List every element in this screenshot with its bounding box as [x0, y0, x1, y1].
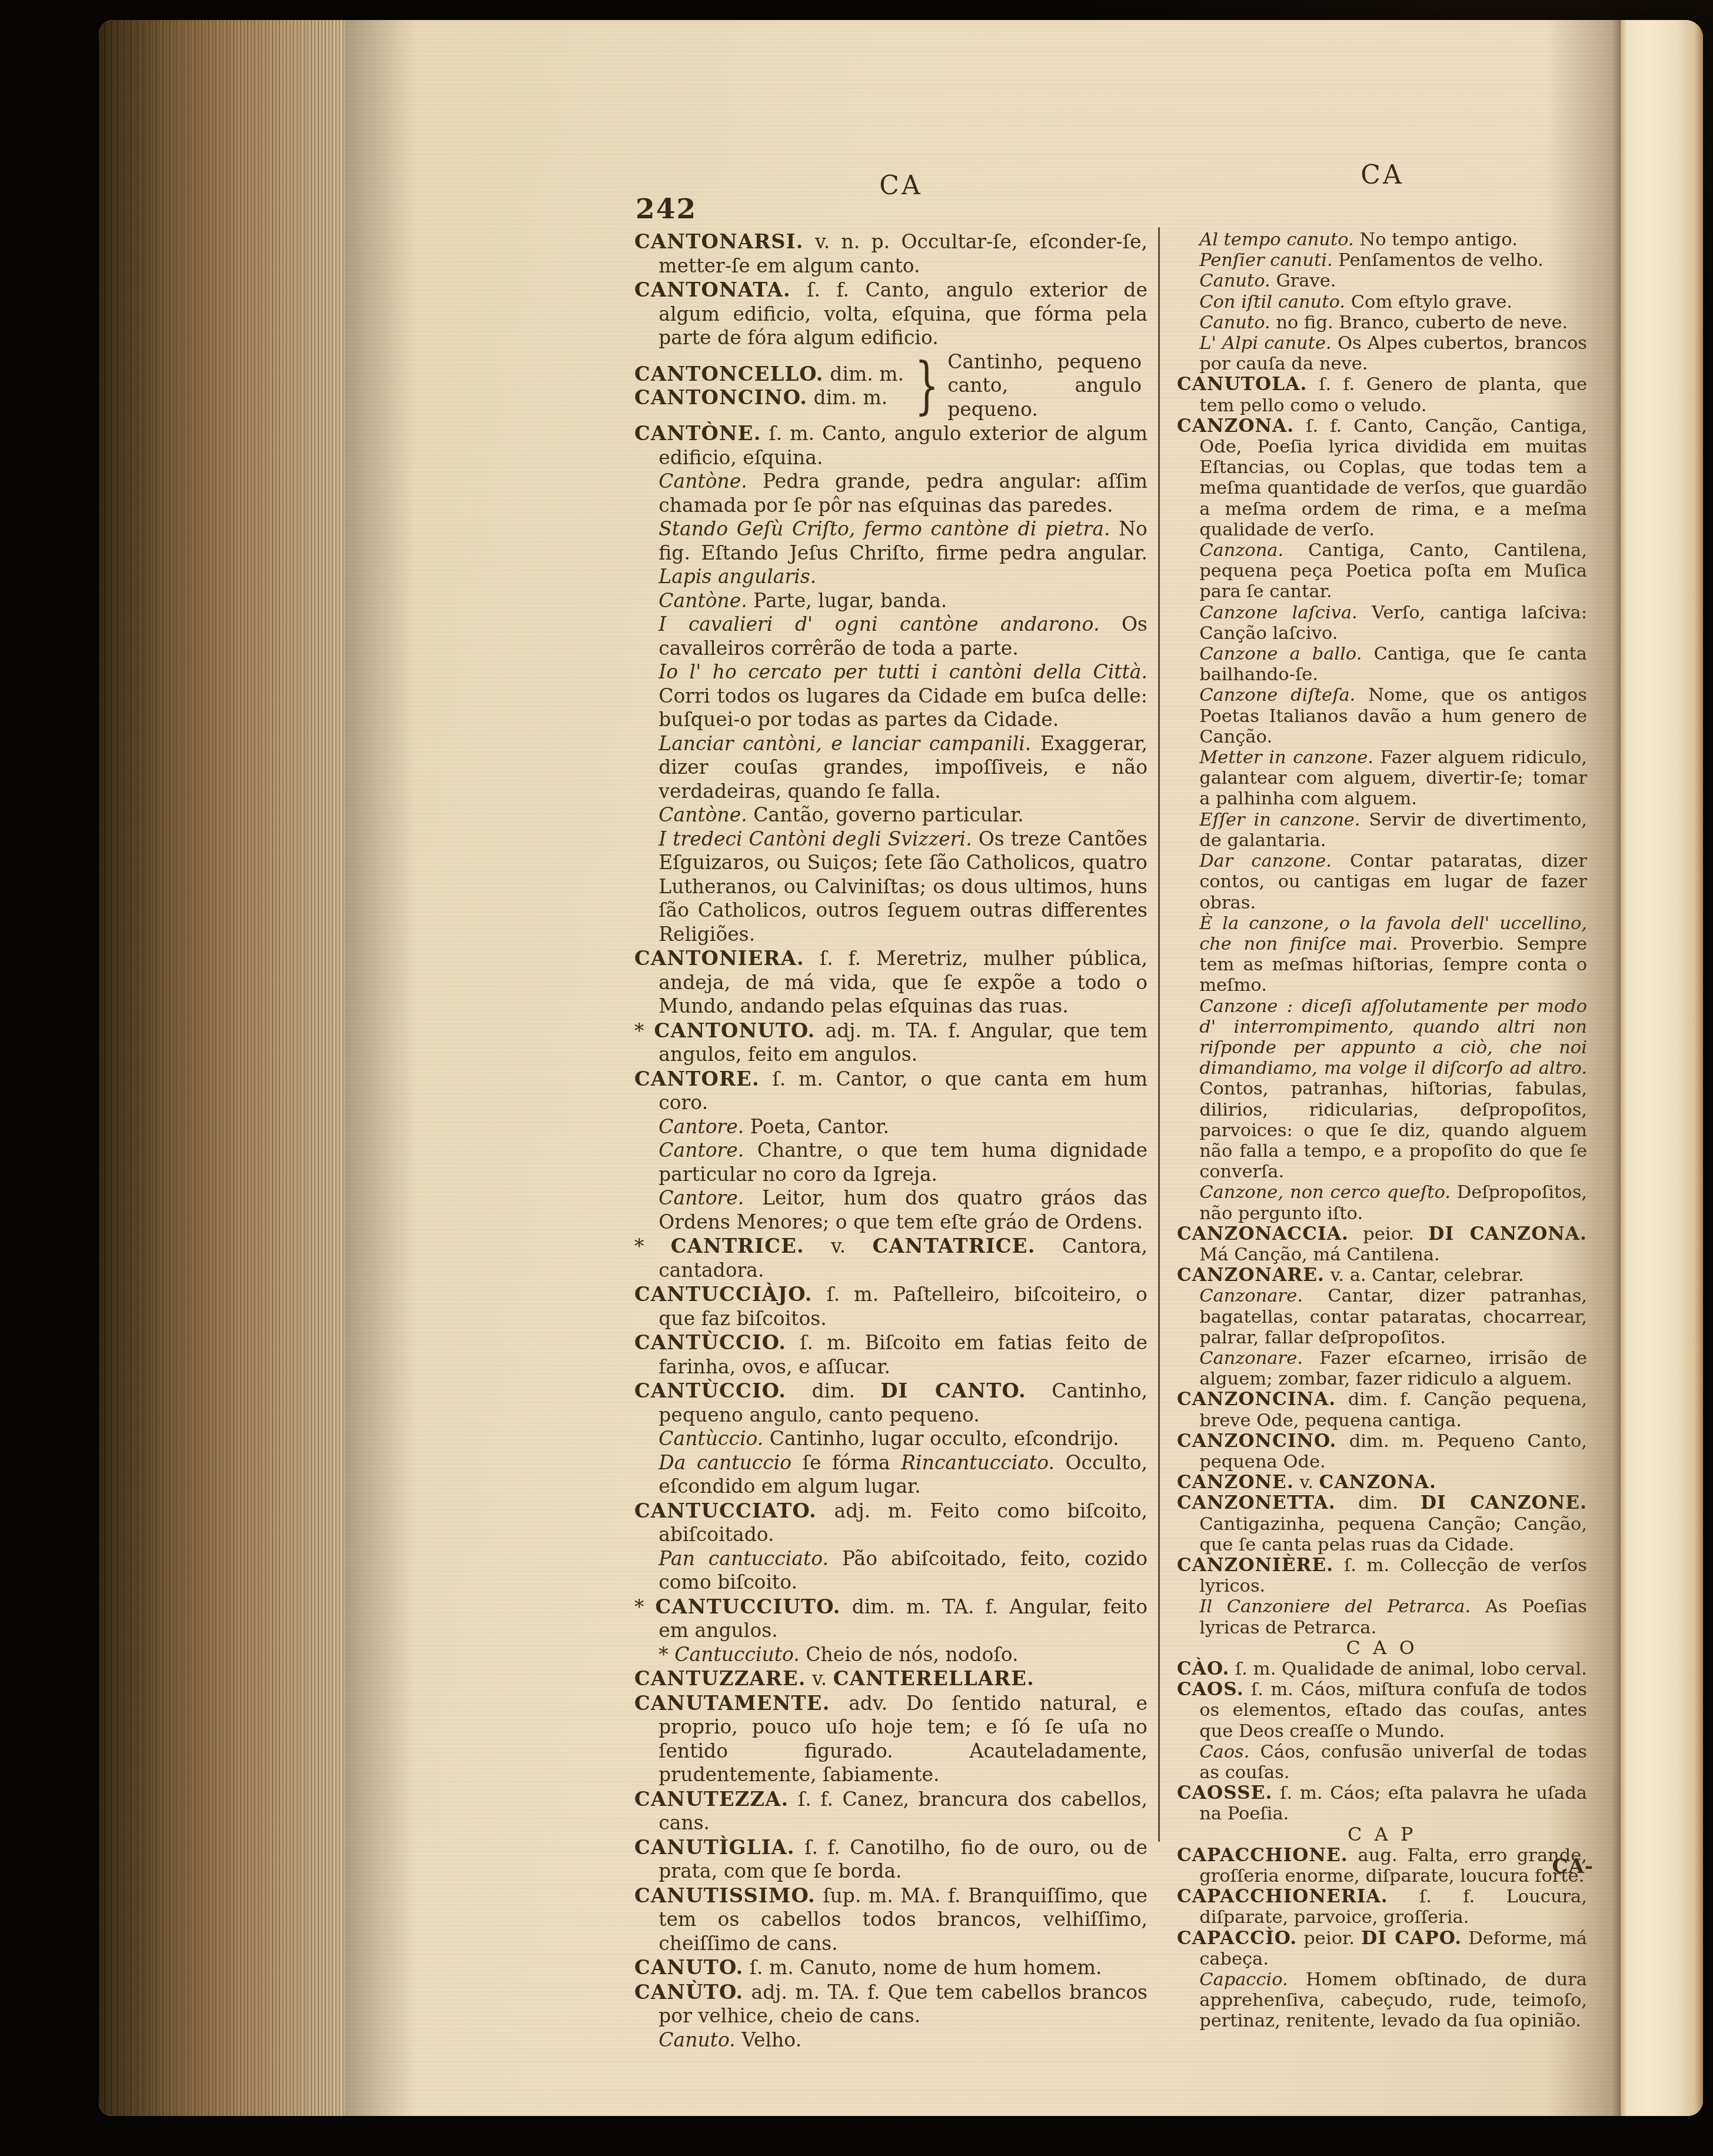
- dictionary-entry: CANTÙCCIO. dim. DI CANTO. Cantinho, pequ…: [634, 1379, 1147, 1427]
- italic-phrase: Eſſer in canzone.: [1199, 810, 1360, 830]
- gloss-line: Da cantuccio ſe fórma Rincantucciato. Oc…: [634, 1451, 1147, 1499]
- headword: CANTRICE.: [671, 1234, 804, 1257]
- headword: DI CANZONE.: [1421, 1492, 1587, 1513]
- dictionary-entry: CAOSSE. ſ. m. Cáos; eſta palavra he uſad…: [1177, 1783, 1587, 1824]
- text-run: dim.: [1336, 1493, 1421, 1513]
- headword: CANTONCELLO.: [634, 362, 824, 385]
- text-run: *: [658, 1643, 674, 1666]
- headword: CANZONACCIA.: [1177, 1223, 1349, 1245]
- italic-phrase: Canzone laſciva.: [1199, 603, 1358, 623]
- section-heading: C A P: [1177, 1825, 1587, 1845]
- headword: CANUTEZZA.: [634, 1787, 789, 1811]
- text-run: ſ. m. Cáos, miſtura confuſa de todos os …: [1199, 1679, 1587, 1741]
- headword: CANZONARE.: [1177, 1265, 1325, 1286]
- gloss-line: L' Alpi canute. Os Alpes cubertos, branc…: [1177, 333, 1587, 374]
- dictionary-entry: CANUTAMENTE. adv. Do ſentido natural, e …: [634, 1691, 1147, 1787]
- headword: CANTUZZARE.: [634, 1666, 806, 1690]
- catchword: CA-: [1505, 1855, 1594, 1878]
- text-run: ſe fórma: [791, 1451, 901, 1474]
- italic-phrase: Canzona.: [1199, 540, 1283, 561]
- dictionary-entry: CANZONARE. v. a. Cantar, celebrar.: [1177, 1265, 1587, 1286]
- gloss-line: Canzone a ballo. Cantiga, que ſe canta b…: [1177, 644, 1587, 685]
- brace-headword-line: CANTONCELLO. dim. m.: [634, 362, 904, 386]
- headword: CAOSSE.: [1177, 1782, 1272, 1804]
- italic-phrase: Il Canzoniere del Petrarca.: [1199, 1596, 1471, 1617]
- gloss-line: Penſier canuti. Penſamentos de velho.: [1177, 250, 1587, 271]
- dictionary-entry: CÀO. ſ. m. Qualidade de animal, lobo cer…: [1177, 1659, 1587, 1679]
- text-run: Cantigazinha, pequena Canção; Canção, qu…: [1199, 1514, 1587, 1555]
- gloss-line: Caos. Cáos, confusão univerſal de todas …: [1177, 1742, 1587, 1783]
- headword: DI CANZONA.: [1428, 1223, 1587, 1245]
- gloss-line: Canuto. Velho.: [634, 2028, 1147, 2052]
- headword: CAPACCHIONE.: [1177, 1845, 1348, 1866]
- text-run: Poeta, Cantor.: [744, 1115, 889, 1138]
- text-run: dim.: [786, 1379, 880, 1402]
- italic-phrase: Canzonare.: [1199, 1348, 1303, 1369]
- dictionary-entry: CANUTISSIMO. ſup. m. MA. f. Branquiſſimo…: [634, 1884, 1147, 1956]
- gloss-line: I cavalieri d' ogni cantòne andarono. Os…: [634, 613, 1147, 660]
- gloss-line: Cantore. Poeta, Cantor.: [634, 1115, 1147, 1139]
- text-run: C A P: [1348, 1824, 1416, 1845]
- text-run: Cheio de nós, nodoſo.: [800, 1643, 1019, 1666]
- text-run: Grave.: [1270, 271, 1336, 291]
- gloss-line: Io l' ho cercato per tutti i cantòni del…: [634, 660, 1147, 732]
- brace-headword-line: CANTONCINO. dim. m.: [634, 385, 904, 410]
- gloss-line: Stando Geſù Criſto, fermo cantòne di pie…: [634, 517, 1147, 589]
- text-run: Cantão, governo particular.: [747, 803, 1024, 826]
- text-run: *: [634, 1019, 654, 1042]
- gloss-line: Canzonare. Cantar, dizer patranhas, baga…: [1177, 1286, 1587, 1348]
- italic-phrase: Con iſtil canuto.: [1199, 292, 1345, 312]
- gloss-line: Canuto. no fig. Branco, cuberto de neve.: [1177, 312, 1587, 333]
- right-text-column: Al tempo canuto. No tempo antigo.Penſier…: [1177, 229, 1587, 2032]
- gloss-line: Lanciar cantòni, e lanciar campanili. Ex…: [634, 732, 1147, 804]
- gloss-line: Canzona. Cantiga, Canto, Cantilena, pequ…: [1177, 540, 1587, 603]
- brace-definition: Cantinho, pequeno canto, angulo pequeno.: [947, 350, 1142, 422]
- brace-glyph: }: [915, 361, 939, 410]
- italic-phrase: Dar canzone.: [1199, 851, 1332, 871]
- italic-phrase: Penſier canuti.: [1199, 250, 1332, 271]
- headword: CANÙTO.: [634, 1980, 743, 2004]
- text-run: dim. m.: [807, 386, 887, 409]
- gloss-line: * Cantucciuto. Cheio de nós, nodoſo.: [634, 1643, 1147, 1667]
- italic-phrase: Cantùccio.: [658, 1427, 763, 1450]
- gloss-line: I tredeci Cantòni degli Svizzeri. Os tre…: [634, 827, 1147, 947]
- dictionary-entry: CANZONA. ſ. f. Canto, Canção, Cantiga, O…: [1177, 416, 1587, 540]
- book-scan: 242 CA CA CANTONARSI. v. n. p. Occultar-…: [0, 0, 1713, 2156]
- italic-phrase: Pan cantucciato.: [658, 1547, 829, 1570]
- text-run: v. a. Cantar, celebrar.: [1325, 1265, 1524, 1286]
- headword: CÀO.: [1177, 1658, 1229, 1679]
- dictionary-entry: CANTÒNE. ſ. m. Canto, angulo exterior de…: [634, 421, 1147, 470]
- gloss-line: Pan cantucciato. Pão abiſcoitado, feito,…: [634, 1547, 1147, 1595]
- text-run: Cantinho, lugar occulto, eſcondrijo.: [763, 1427, 1119, 1450]
- running-head-right: CA: [1332, 160, 1432, 190]
- headword: CANTUCCIÀJO.: [634, 1282, 813, 1306]
- headword: CANTÙCCIO.: [634, 1330, 786, 1354]
- section-heading: C A O: [1177, 1638, 1587, 1659]
- italic-phrase: I tredeci Cantòni degli Svizzeri.: [658, 827, 972, 850]
- text-run: Corri todos os lugares da Cidade em buſc…: [658, 684, 1147, 731]
- headword: CANUTOLA.: [1177, 374, 1307, 395]
- text-run: Velho.: [736, 2028, 801, 2051]
- italic-phrase: Canzone a ballo.: [1199, 644, 1362, 664]
- gloss-line: Con iſtil canuto. Com eſtylo grave.: [1177, 292, 1587, 312]
- italic-phrase: Capaccio.: [1199, 1969, 1288, 1990]
- dictionary-entry: CANZONE. v. CANZONA.: [1177, 1472, 1587, 1493]
- dictionary-entry: CANUTÌGLIA. ſ. f. Canotilho, fio de ouro…: [634, 1835, 1147, 1884]
- text-run: *: [634, 1595, 656, 1618]
- headword: CANZONCINA.: [1177, 1389, 1336, 1410]
- gloss-line: Canzone laſciva. Verſo, cantiga laſciva:…: [1177, 603, 1587, 644]
- italic-phrase: Canuto.: [1199, 271, 1270, 291]
- gloss-line: Cantòne. Cantão, governo particular.: [634, 803, 1147, 827]
- gloss-line: Canzone diſteſa. Nome, que os antigos Po…: [1177, 685, 1587, 747]
- dictionary-entry: * CANTONUTO. adj. m. TA. f. Angular, que…: [634, 1019, 1147, 1067]
- dictionary-entry: CANUTEZZA. ſ. f. Canez, brancura dos cab…: [634, 1787, 1147, 1835]
- italic-phrase: Canuto.: [1199, 312, 1270, 333]
- gloss-line: Cantòne. Parte, lugar, banda.: [634, 589, 1147, 613]
- headword: CANUTÌGLIA.: [634, 1835, 795, 1859]
- dictionary-entry: CANTUCCIÀJO. ſ. m. Paſtelleiro, biſcoite…: [634, 1282, 1147, 1330]
- dictionary-entry: CANÙTO. adj. m. TA. f. Que tem cabellos …: [634, 1980, 1147, 2028]
- dictionary-entry: CANTONARSI. v. n. p. Occultar-ſe, eſcond…: [634, 229, 1147, 278]
- italic-phrase: Lanciar cantòni, e lanciar campanili.: [658, 732, 1031, 755]
- headword: CAPACCHIONERIA.: [1177, 1886, 1388, 1907]
- headword: CANTONATA.: [634, 278, 791, 301]
- dictionary-entry: CANZONIÈRE. ſ. m. Collecção de verſos ly…: [1177, 1555, 1587, 1596]
- text-run: Parte, lugar, banda.: [747, 589, 947, 612]
- text-run: No tempo antigo.: [1354, 229, 1518, 250]
- dictionary-entry: CANTONATA. ſ. f. Canto, angulo exterior …: [634, 278, 1147, 350]
- gloss-line: Metter in canzone. Fazer alguem ridiculo…: [1177, 747, 1587, 810]
- headword: CANTORE.: [634, 1067, 760, 1090]
- headword: CANUTAMENTE.: [634, 1691, 830, 1715]
- italic-phrase: Cantore.: [658, 1139, 744, 1162]
- headword: CANZONCINO.: [1177, 1430, 1336, 1452]
- text-run: Com eſtylo grave.: [1345, 292, 1512, 312]
- italic-phrase: Caos.: [1199, 1742, 1249, 1762]
- headword: CANTERELLARE.: [833, 1666, 1035, 1690]
- text-run: Penſamentos de velho.: [1333, 250, 1544, 271]
- stacked-page-edges: [99, 20, 345, 2116]
- dictionary-entry: CAPACCHIONERIA. ſ. f. Loucura, diſparate…: [1177, 1886, 1587, 1928]
- headword: CANTONIERA.: [634, 946, 804, 970]
- headword: CANZONA.: [1319, 1472, 1436, 1493]
- headword: CANZONETTA.: [1177, 1492, 1336, 1513]
- gloss-line: Cantore. Chantre, o que tem huma dignida…: [634, 1139, 1147, 1186]
- italic-phrase: Canzone diſteſa.: [1199, 685, 1355, 706]
- headword: DI CANTO.: [880, 1379, 1026, 1402]
- dictionary-entry: CANZONCINO. dim. m. Pequeno Canto, peque…: [1177, 1431, 1587, 1472]
- text-run: v.: [804, 1235, 873, 1257]
- next-page-edge: [1621, 20, 1703, 2116]
- italic-phrase: Rincantucciato.: [901, 1451, 1055, 1474]
- text-run: v.: [806, 1667, 833, 1690]
- italic-phrase: Cantore.: [658, 1186, 744, 1209]
- gloss-line: Canuto. Grave.: [1177, 271, 1587, 291]
- italic-phrase: Cantòne.: [658, 803, 747, 826]
- gloss-line: Cantùccio. Cantinho, lugar occulto, eſco…: [634, 1427, 1147, 1451]
- text-run: v.: [1294, 1472, 1319, 1493]
- left-text-column: CANTONARSI. v. n. p. Occultar-ſe, eſcond…: [634, 229, 1147, 2052]
- gloss-line: Canzone, non cerco queſto. Deſpropoſitos…: [1177, 1182, 1587, 1223]
- dictionary-entry: CAOS. ſ. m. Cáos, miſtura confuſa de tod…: [1177, 1679, 1587, 1742]
- dictionary-entry: CANTÙCCIO. ſ. m. Biſcoito em fatias feit…: [634, 1330, 1147, 1379]
- gutter-shadow: [345, 20, 415, 2116]
- headword: DI CAPO.: [1361, 1928, 1462, 1949]
- gloss-line: Canzonare. Fazer eſcarneo, irrisão de al…: [1177, 1348, 1587, 1389]
- italic-phrase: I cavalieri d' ogni cantòne andarono.: [658, 613, 1099, 636]
- dictionary-entry: CANZONCINA. dim. f. Canção pequena, brev…: [1177, 1389, 1587, 1430]
- italic-phrase: L' Alpi canute.: [1199, 333, 1332, 354]
- headword: CANZONA.: [1177, 415, 1294, 437]
- headword: CAPACCÌO.: [1177, 1928, 1297, 1949]
- dictionary-entry: CANTUCCIATO. adj. m. Feito como biſcoito…: [634, 1499, 1147, 1547]
- headword: CANTÒNE.: [634, 421, 761, 445]
- italic-phrase: Canuto.: [658, 2028, 735, 2051]
- italic-phrase: Canzone : diceſi aſſolutamente per modo …: [1199, 996, 1587, 1079]
- gloss-line: Eſſer in canzone. Servir de divertimento…: [1177, 810, 1587, 851]
- dictionary-entry: * CANTUCCIUTO. dim. m. TA. f. Angular, f…: [634, 1595, 1147, 1643]
- italic-phrase: Cantòne.: [658, 470, 747, 493]
- text-run: ſ. m. Qualidade de animal, lobo cerval.: [1229, 1659, 1586, 1679]
- headword: CANTATRICE.: [873, 1234, 1036, 1257]
- dictionary-entry: CANTUZZARE. v. CANTERELLARE.: [634, 1666, 1147, 1691]
- dictionary-entry: CANZONACCIA. peior. DI CANZONA. Má Cançã…: [1177, 1224, 1587, 1265]
- text-run: Cáos, confusão univerſal de todas as cou…: [1199, 1742, 1587, 1783]
- headword: CANTONCINO.: [634, 385, 807, 409]
- italic-phrase: Io l' ho cercato per tutti i cantòni del…: [658, 660, 1147, 683]
- gloss-line: Capaccio. Homem obſtinado, de dura appre…: [1177, 1969, 1587, 2032]
- dictionary-entry: CANTONIERA. ſ. f. Meretriz, mulher públi…: [634, 946, 1147, 1019]
- brace-entry: CANTONCELLO. dim. m.CANTONCINO. dim. m.}…: [634, 350, 1147, 422]
- running-head-left: CA: [851, 171, 951, 201]
- italic-phrase: Metter in canzone.: [1199, 747, 1373, 768]
- text-run: C A O: [1346, 1638, 1418, 1659]
- italic-phrase: Canzone, non cerco queſto.: [1199, 1182, 1451, 1203]
- headword: CANUTO.: [634, 1955, 743, 1979]
- headword: CANUTISSIMO.: [634, 1884, 816, 1907]
- headword: CAOS.: [1177, 1679, 1244, 1700]
- text-run: peior.: [1297, 1928, 1361, 1949]
- brace-headwords: CANTONCELLO. dim. m.CANTONCINO. dim. m.: [634, 362, 904, 410]
- headword: CANZONE.: [1177, 1472, 1294, 1493]
- dictionary-entry: CAPACCÌO. peior. DI CAPO. Deforme, má ca…: [1177, 1928, 1587, 1969]
- italic-phrase: Canzonare.: [1199, 1286, 1303, 1306]
- italic-phrase: Da cantuccio: [658, 1451, 791, 1474]
- italic-phrase: Stando Geſù Criſto, fermo cantòne di pie…: [658, 517, 1110, 540]
- dictionary-entry: CANTORE. ſ. m. Cantor, o que canta em hu…: [634, 1067, 1147, 1115]
- text-run: *: [634, 1235, 671, 1257]
- dictionary-entry: CANUTOLA. ſ. f. Genero de planta, que te…: [1177, 374, 1587, 415]
- dictionary-entry: * CANTRICE. v. CANTATRICE. Cantora, cant…: [634, 1234, 1147, 1282]
- gloss-line: Cantore. Leitor, hum dos quatro gráos da…: [634, 1186, 1147, 1234]
- book-page: 242 CA CA CANTONARSI. v. n. p. Occultar-…: [99, 20, 1703, 2116]
- dictionary-entry: CANZONETTA. dim. DI CANZONE. Cantigazinh…: [1177, 1493, 1587, 1555]
- text-run: Contos, patranhas, hiſtorias, fabulas, d…: [1199, 1079, 1587, 1182]
- headword: CANTUCCIATO.: [634, 1499, 817, 1522]
- italic-phrase: Lapis angularis.: [658, 565, 816, 588]
- headword: CANZONIÈRE.: [1177, 1555, 1333, 1576]
- italic-phrase: Cantore.: [658, 1115, 744, 1138]
- headword: CANTÙCCIO.: [634, 1379, 786, 1402]
- dictionary-entry: CANUTO. ſ. m. Canuto, nome de hum homem.: [634, 1955, 1147, 1980]
- text-run: ſ. m. Canuto, nome de hum homem.: [743, 1956, 1102, 1979]
- gloss-line: Canzone : diceſi aſſolutamente per modo …: [1177, 996, 1587, 1183]
- text-run: Má Canção, má Cantilena.: [1199, 1245, 1440, 1265]
- italic-phrase: Al tempo canuto.: [1199, 229, 1354, 250]
- gloss-line: È la canzone, o la favola dell' uccellin…: [1177, 913, 1587, 996]
- text-run: dim. m.: [824, 362, 904, 385]
- gloss-line: Il Canzoniere del Petrarca. As Poeſias l…: [1177, 1596, 1587, 1638]
- page-number: 242: [636, 193, 697, 225]
- text-run: peior.: [1349, 1224, 1429, 1245]
- column-divider-rule: [1158, 227, 1160, 1842]
- gloss-line: Al tempo canuto. No tempo antigo.: [1177, 229, 1587, 250]
- italic-phrase: Cantucciuto.: [674, 1643, 800, 1666]
- gloss-line: Dar canzone. Contar pataratas, dizer con…: [1177, 851, 1587, 913]
- text-run: no fig. Branco, cuberto de neve.: [1270, 312, 1568, 333]
- headword: CANTONUTO.: [654, 1019, 815, 1042]
- italic-phrase: Cantòne.: [658, 589, 747, 612]
- headword: CANTONARSI.: [634, 229, 804, 253]
- headword: CANTUCCIUTO.: [656, 1595, 841, 1618]
- gloss-line: Cantòne. Pedra grande, pedra angular: aſ…: [634, 470, 1147, 517]
